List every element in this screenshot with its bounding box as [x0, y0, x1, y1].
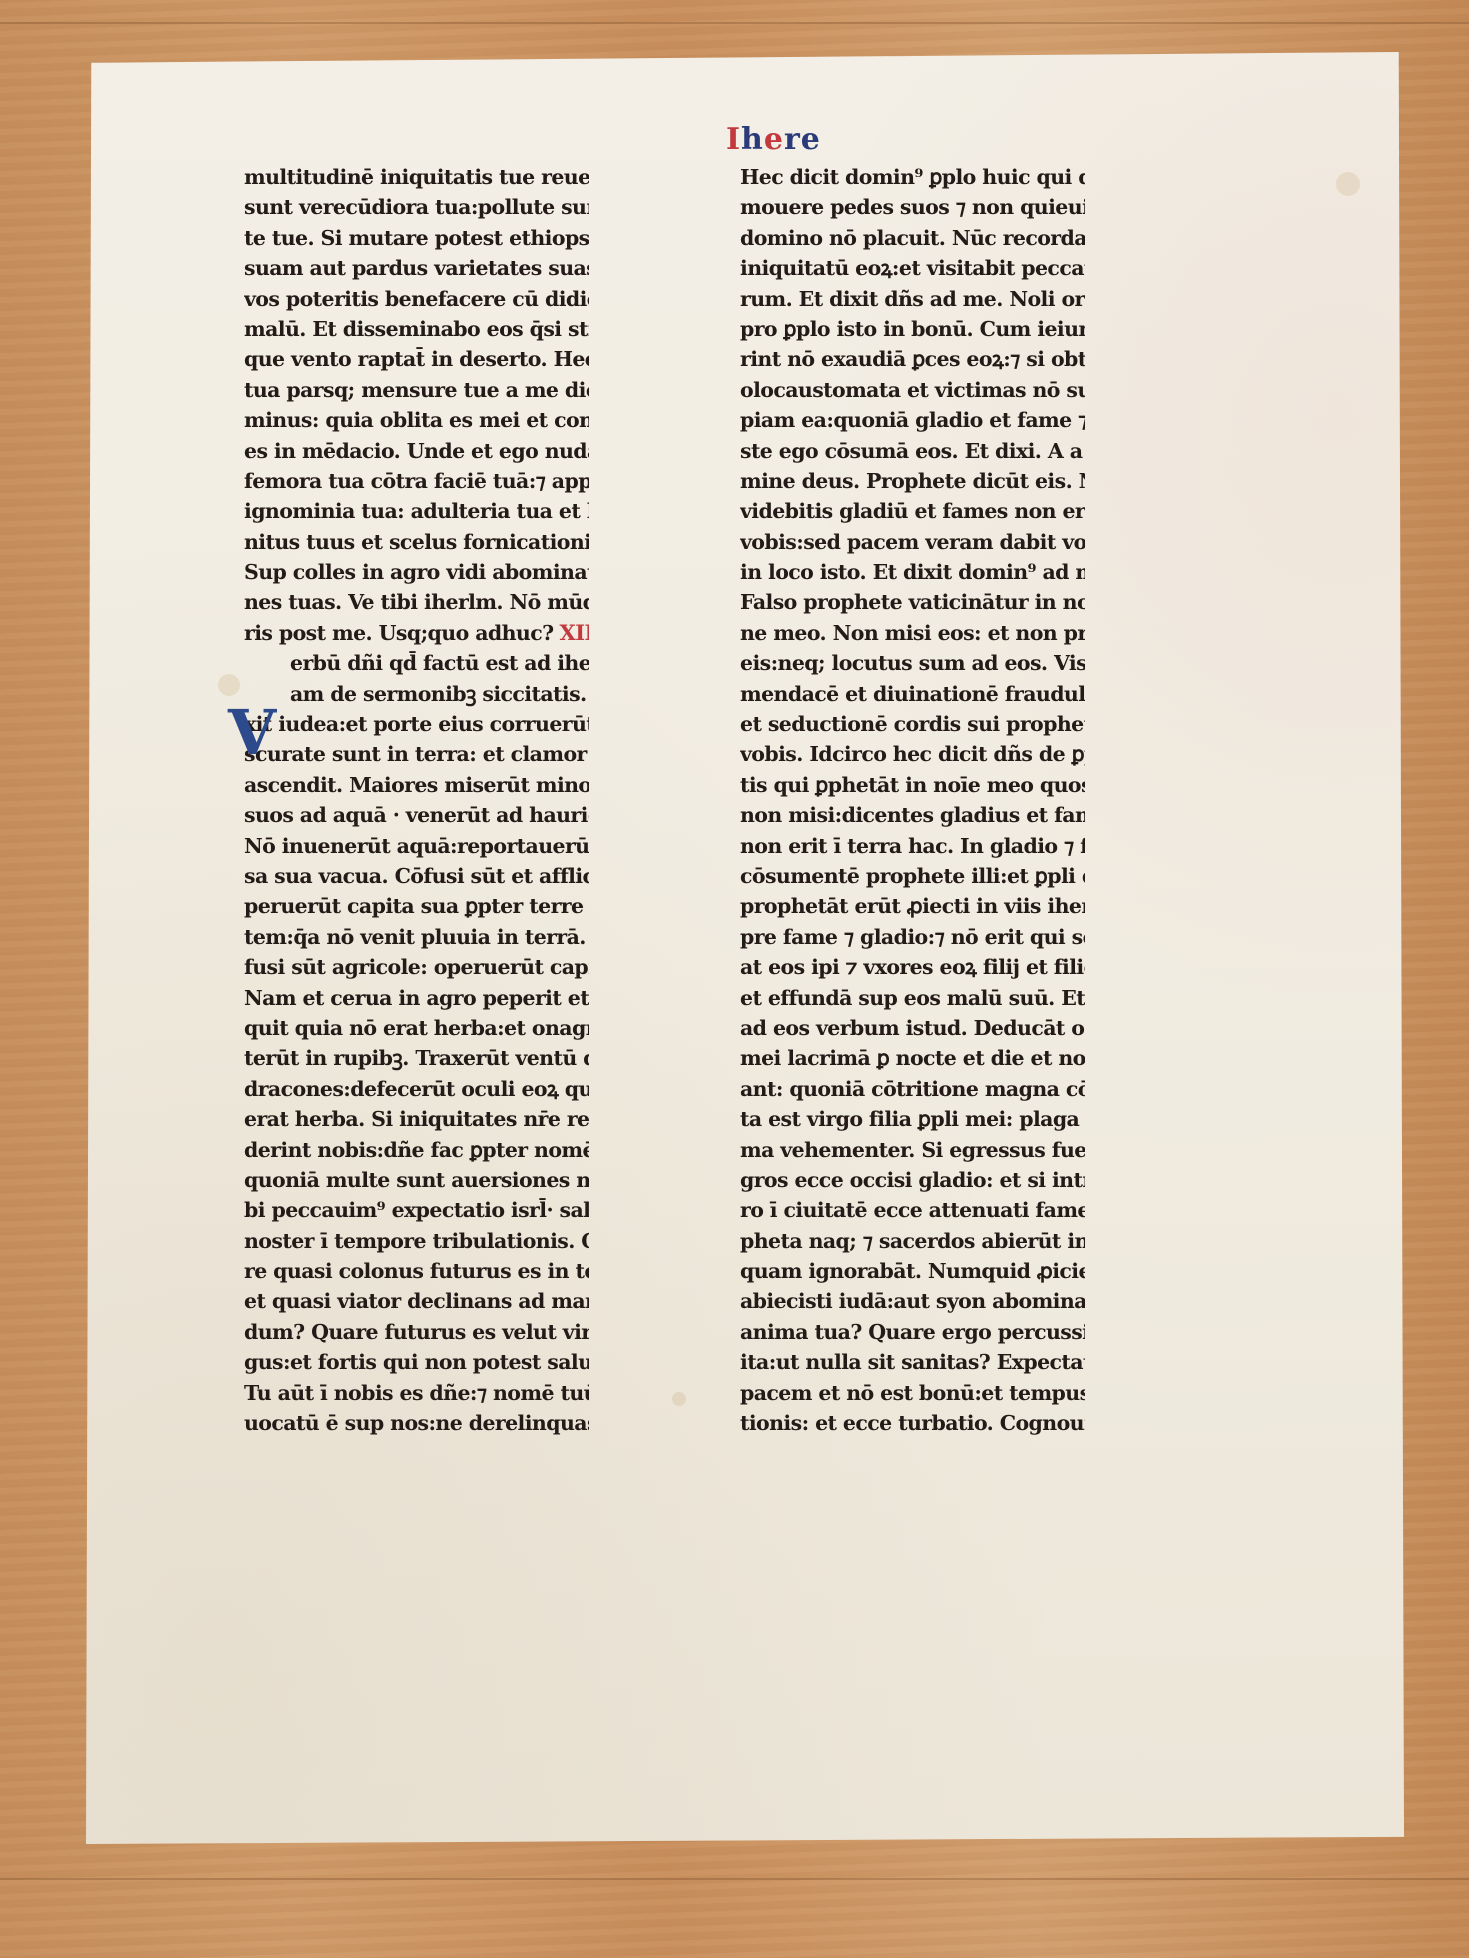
text-line: Hec dicit domin⁹ ꝑplo huic qui dilexit	[740, 162, 1085, 192]
text-line: tua parsq; mensure tue a me dicit do-	[244, 375, 589, 405]
text-line: tem:q̄a nō venit pluuia in terrā. Con-	[244, 922, 589, 952]
text-line: at eos ipi ⁊ vxores eoꝝ filij et filie e…	[740, 952, 1085, 982]
text-line: quam ignorabāt. Numquid ꝓiciens	[740, 1256, 1085, 1286]
text-line: ant: quoniā cōtritione magna cōtri-	[740, 1074, 1085, 1104]
text-line: abiecisti iudā:aut syon abominata ē	[740, 1286, 1085, 1316]
text-line: ta est virgo filia ꝑpli mei: plaga pessi…	[740, 1104, 1085, 1134]
text-line: ris post me. Usq;quo adhuc?	[244, 621, 554, 645]
foxing-stain	[672, 1392, 686, 1406]
text-line: ste ego cōsumā eos. Et dixi. A a a do-	[740, 436, 1085, 466]
text-line: xit iudea:et porte eius corruerūt et ob-	[244, 709, 589, 739]
text-line: nitus tuus et scelus fornicationis tue.	[244, 527, 589, 557]
text-line: sunt verecūdiora tua:pollute sunt plā-	[244, 192, 589, 222]
text-line: et effundā sup eos malū suū. Et dices	[740, 983, 1085, 1013]
running-head-letter: h	[741, 122, 764, 157]
text-line: erbū dñi qd̄ factū est ad ihereīni-	[244, 648, 589, 678]
text-line: olocaustomata et victimas nō susci-	[740, 375, 1085, 405]
text-line: Nō inuenerūt aquā:reportauerūt va-	[244, 831, 589, 861]
text-line: malū. Et disseminabo eos q̄si stipulā	[244, 314, 589, 344]
decorated-initial-letter: V	[228, 702, 276, 764]
table-board-seam	[0, 1878, 1469, 1880]
text-line: tis qui ꝑphetāt in noīe meo quos ego	[740, 770, 1085, 800]
text-line: pheta naq; ⁊ sacerdos abierūt in terrā	[740, 1226, 1085, 1256]
text-line: pro ꝑplo isto in bonū. Cum ieiunaue-	[740, 314, 1085, 344]
text-line: dracones:defecerūt oculi eoꝝ quia nō	[244, 1074, 589, 1104]
right-text-column: Hec dicit domin⁹ ꝑplo huic qui dilexit m…	[740, 162, 1085, 1438]
foxing-stain	[1336, 172, 1360, 196]
text-line: pacem et nō est bonū:et tempus cura-	[740, 1378, 1085, 1408]
text-line: fusi sūt agricole: operuerūt capita sua.	[244, 952, 589, 982]
text-line: peruerūt capita sua ꝑpter terre vastita-	[244, 891, 589, 921]
text-line: in loco isto. Et dixit domin⁹ ad me.	[740, 557, 1085, 587]
text-line: suam aut pardus varietates suas:et	[244, 253, 589, 283]
text-line: Sup colles in agro vidi abominatō-	[244, 557, 589, 587]
text-line: Falso prophete vaticinātur in nomi-	[740, 587, 1085, 617]
text-line: sa sua vacua. Cōfusi sūt et afflicti:et …	[244, 861, 589, 891]
text-line: ascendit. Maiores miserūt minores	[244, 770, 589, 800]
text-line: am de sermonibꝫ siccitatis. Lu-	[244, 679, 589, 709]
text-line: uocatū ē sup nos:ne derelinquas nos.	[244, 1408, 589, 1438]
text-line: pre fame ⁊ gladio:⁊ nō erit qui sepeli-	[740, 922, 1085, 952]
text-line: quit quia nō erat herba:et onagri ste-	[244, 1013, 589, 1043]
text-line-with-chapter: ris post me. Usq;quo adhuc?XIIII	[244, 618, 589, 648]
text-line: ita:ut nulla sit sanitas? Expectauim⁹	[740, 1347, 1085, 1377]
text-line: quoniā multe sunt auersiones nr̄e. Ti-	[244, 1165, 589, 1195]
text-line: ro ī ciuitatē ecce attenuati fame. Pro-	[740, 1195, 1085, 1225]
text-line: nes tuas. Ve tibi iherlm. Nō mūdabe-	[244, 587, 589, 617]
text-line: tionis: et ecce turbatio. Cognouim⁹	[740, 1408, 1085, 1438]
text-line: et seductionē cordis sui prophetant	[740, 709, 1085, 739]
table-board-seam	[0, 22, 1469, 24]
text-line: bi peccauim⁹ expectatio isrl̄· saluator	[244, 1195, 589, 1225]
text-line: dum? Quare futurus es velut vir va-	[244, 1317, 589, 1347]
text-line: non erit ī terra hac. In gladio ⁊ fame	[740, 831, 1085, 861]
running-head: Ihere	[726, 122, 821, 157]
text-line: domino nō placuit. Nūc recordabit̄	[740, 223, 1085, 253]
text-line: vos poteritis benefacere cū didiceritis	[244, 284, 589, 314]
text-line: cōsumentē prophete illi:et ꝑpli quibus	[740, 861, 1085, 891]
text-line: mendacē et diuinationē fraudulentā	[740, 679, 1085, 709]
text-line: terūt in rupibꝫ. Traxerūt ventū quasi	[244, 1043, 589, 1073]
text-line: anima tua? Quare ergo percussisti nos	[740, 1317, 1085, 1347]
text-line: scurate sunt in terra: et clamor iherlm	[244, 739, 589, 769]
text-line: Nam et cerua in agro peperit et reli-	[244, 983, 589, 1013]
text-line: gros ecce occisi gladio: et si introie-	[740, 1165, 1085, 1195]
text-line: non misi:dicentes gladius et fames	[740, 800, 1085, 830]
running-head-letter: I	[726, 122, 741, 157]
text-line: te tue. Si mutare potest ethiops pellē	[244, 223, 589, 253]
text-line: et quasi viator declinans ad manen-	[244, 1286, 589, 1316]
chapter-numeral: XIIII	[560, 620, 589, 645]
text-line: minus: quia oblita es mei et confisa	[244, 405, 589, 435]
text-line: videbitis gladiū et fames non erit in	[740, 496, 1085, 526]
text-line: gus:et fortis qui non potest saluare?	[244, 1347, 589, 1377]
text-line: ignominia tua: adulteria tua et hin-	[244, 496, 589, 526]
text-line: derint nobis:dñe fac ꝑpter nomē tuū:	[244, 1135, 589, 1165]
text-line: noster ī tempore tribulationis. Qua-	[244, 1226, 589, 1256]
text-line: ad eos verbum istud. Deducāt oculi	[740, 1013, 1085, 1043]
text-line: iniquitatū eoꝝ:et visitabit peccata eo-	[740, 253, 1085, 283]
text-line: femora tua cōtra faciē tuā:⁊ apparuit	[244, 466, 589, 496]
running-head-letter: re	[784, 122, 821, 157]
running-head-letter: e	[764, 122, 784, 157]
text-line: es in mēdacio. Unde et ego nudaui	[244, 436, 589, 466]
text-line: mine deus. Prophete dicūt eis. Non	[740, 466, 1085, 496]
text-line: vobis. Idcirco hec dicit dñs de ꝑphe-	[740, 739, 1085, 769]
text-line: que vento raptat̄ in deserto. Hec sors	[244, 344, 589, 374]
foxing-stain	[218, 674, 240, 696]
text-line: mei lacrimā ꝑ nocte et die et non tace-	[740, 1043, 1085, 1073]
text-line: erat herba. Si iniquitates nr̄e respon-	[244, 1104, 589, 1134]
text-line: ma vehementer. Si egressus fuero ad a-	[740, 1135, 1085, 1165]
text-line: rint nō exaudiā ꝑces eoꝝ:⁊ si obtulerit	[740, 344, 1085, 374]
text-line: Tu aūt ī nobis es dñe:⁊ nomē tuū in-	[244, 1378, 589, 1408]
text-line: eis:neq; locutus sum ad eos. Visionē	[740, 648, 1085, 678]
text-line: prophetāt erūt ꝓiecti in viis iherusalē	[740, 891, 1085, 921]
text-line: ne meo. Non misi eos: et non precepi	[740, 618, 1085, 648]
text-line: suos ad aquā · venerūt ad hauriendū.	[244, 800, 589, 830]
text-line: piam ea:quoniā gladio et fame ⁊ pe-	[740, 405, 1085, 435]
text-line: vobis:sed pacem veram dabit vobis	[740, 527, 1085, 557]
left-text-column: multitudinē iniquitatis tue reuelata sun…	[244, 162, 589, 1438]
text-line: rum. Et dixit dñs ad me. Noli orare	[740, 284, 1085, 314]
text-line: mouere pedes suos ⁊ non quieuit: et	[740, 192, 1085, 222]
text-line: multitudinē iniquitatis tue reuelata	[244, 162, 589, 192]
text-line: re quasi colonus futurus es in terra:	[244, 1256, 589, 1286]
